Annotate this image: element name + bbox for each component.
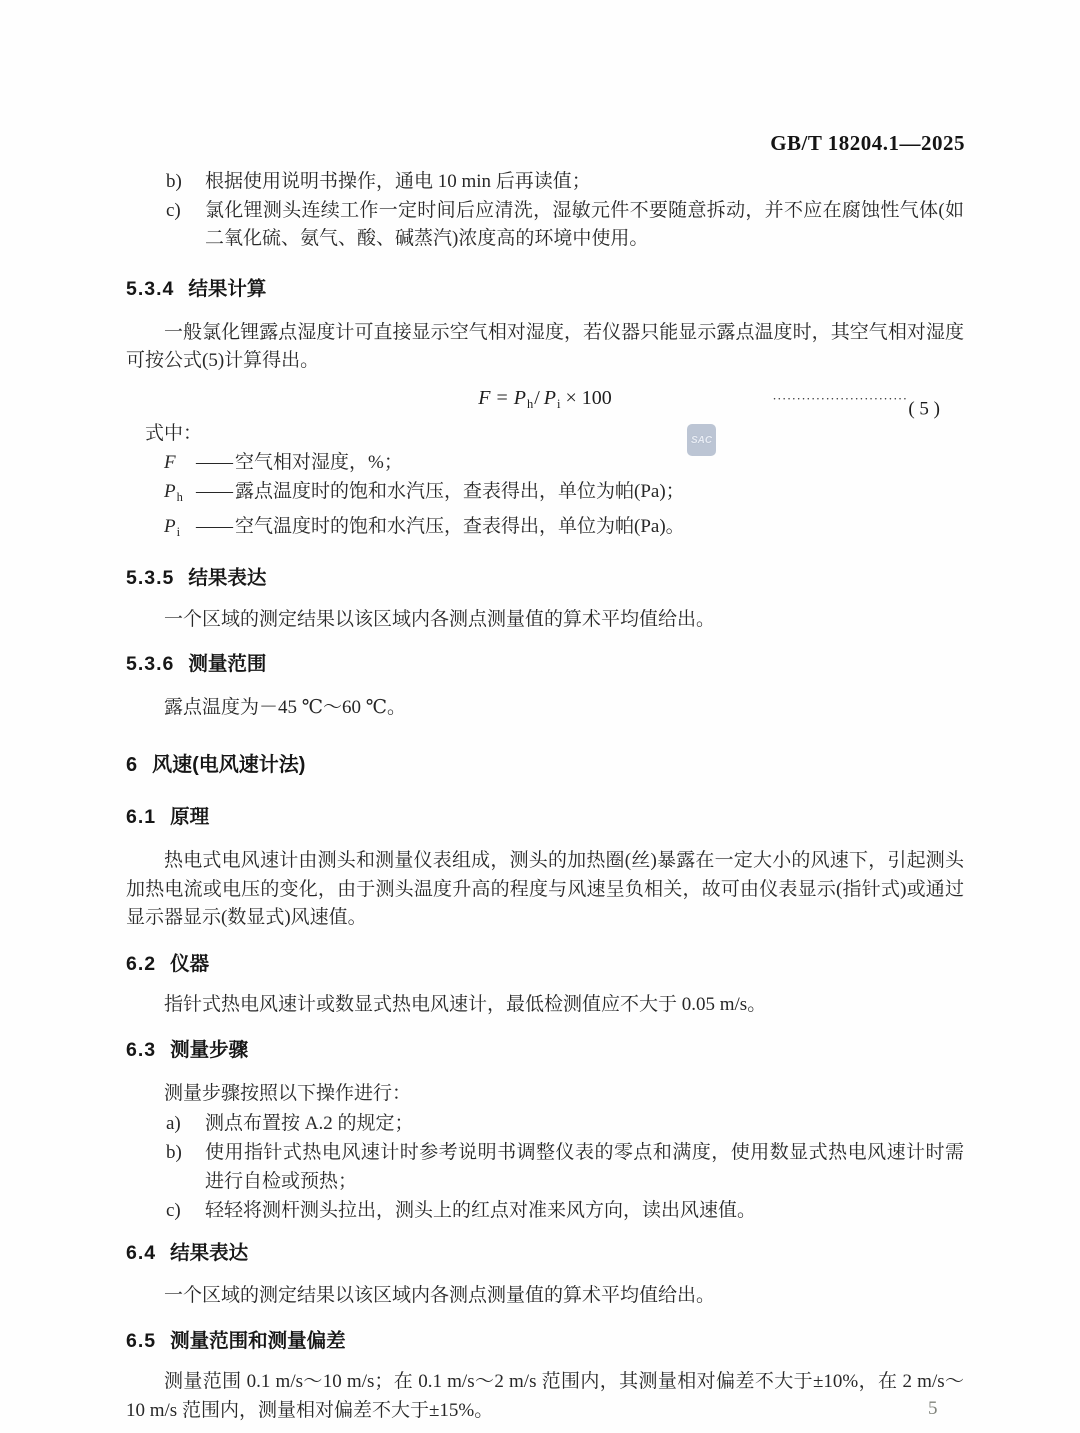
definition-f: F —— 空气相对湿度，%；: [126, 448, 964, 477]
definition-symbol: Pi: [164, 512, 196, 547]
leader-dots: ········································…: [772, 385, 908, 414]
definition-description: 空气相对湿度，%；: [235, 448, 964, 477]
paragraph-6-4: 一个区域的测定结果以该区域内各测点测量值的算术平均值给出。: [126, 1282, 964, 1311]
definition-dash: ——: [196, 477, 232, 512]
heading-5-3-5: 5.3.5结果表达: [126, 565, 964, 592]
paragraph-6-5: 测量范围 0.1 m/s～10 m/s；在 0.1 m/s～2 m/s 范围内，…: [126, 1368, 964, 1425]
standard-code-header: GB/T 18204.1—2025: [770, 131, 965, 156]
heading-number: 5.3.5: [126, 567, 174, 589]
heading-6-5: 6.5测量范围和测量偏差: [126, 1328, 964, 1355]
symbol-subscript: i: [177, 525, 180, 539]
symbol-letter: P: [164, 516, 176, 537]
paragraph-5-3-5: 一个区域的测定结果以该区域内各测点测量值的算术平均值给出。: [126, 606, 964, 635]
heading-6-1: 6.1原理: [126, 804, 964, 831]
document-content: b) 根据使用说明书操作，通电 10 min 后再读值； c) 氯化锂测头连续工…: [126, 168, 964, 1425]
list-item-text: 测点布置按 A.2 的规定；: [205, 1110, 964, 1139]
formula-var-p2: P: [544, 387, 556, 409]
definition-pi: Pi —— 空气温度时的饱和水汽压，查表得出，单位为帕(Pa)。: [126, 512, 964, 547]
definition-description: 露点温度时的饱和水汽压，查表得出，单位为帕(Pa)；: [235, 477, 964, 512]
formula-subscript-h: h: [527, 397, 533, 411]
heading-title: 结果表达: [170, 1242, 248, 1264]
list-item-marker: c): [166, 1197, 205, 1226]
formula-subscript-i: i: [557, 397, 560, 411]
heading-title: 原理: [170, 806, 209, 828]
paragraph-6-2: 指针式热电风速计或数显式热电风速计，最低检测值应不大于 0.05 m/s。: [126, 991, 964, 1020]
list-item-text: 使用指针式热电风速计时参考说明书调整仪表的零点和满度，使用数显式热电风速计时需进…: [205, 1139, 964, 1196]
heading-title: 结果计算: [188, 278, 266, 300]
list-item-text: 轻轻将测杆测头拉出，测头上的红点对准来风方向，读出风速值。: [205, 1197, 964, 1226]
clause-533-list: b) 根据使用说明书操作，通电 10 min 后再读值； c) 氯化锂测头连续工…: [126, 168, 964, 254]
formula-slash: /: [534, 387, 540, 409]
heading-chapter-6: 6风速(电风速计法): [126, 752, 964, 779]
definition-dash: ——: [196, 448, 232, 477]
formula-var-p1: P: [514, 387, 526, 409]
heading-5-3-4: 5.3.4结果计算: [126, 276, 964, 303]
definition-description: 空气温度时的饱和水汽压，查表得出，单位为帕(Pa)。: [235, 512, 964, 547]
list-item: c) 氯化锂测头连续工作一定时间后应清洗，湿敏元件不要随意拆动，并不应在腐蚀性气…: [126, 197, 964, 254]
formula-var-f: F: [478, 387, 490, 409]
heading-5-3-6: 5.3.6测量范围: [126, 651, 964, 678]
heading-number: 6.1: [126, 806, 156, 828]
formula-5: F=Ph/Pi × 100 ··························…: [126, 384, 964, 414]
symbol-letter: F: [164, 452, 176, 473]
heading-title: 仪器: [170, 953, 209, 975]
definition-ph: Ph —— 露点温度时的饱和水汽压，查表得出，单位为帕(Pa)；: [126, 477, 964, 512]
heading-title: 测量范围: [188, 653, 266, 675]
definition-symbol: F: [164, 448, 196, 477]
formula-expression: F=Ph/Pi × 100: [478, 387, 612, 409]
heading-6-2: 6.2仪器: [126, 951, 964, 978]
heading-6-4: 6.4结果表达: [126, 1240, 964, 1267]
heading-title: 测量步骤: [170, 1039, 248, 1061]
heading-number: 6.3: [126, 1039, 156, 1061]
clause-63-list: a) 测点布置按 A.2 的规定； b) 使用指针式热电风速计时参考说明书调整仪…: [126, 1110, 964, 1226]
formula-number: ( 5 ): [908, 398, 940, 419]
where-label: 式中：: [126, 420, 964, 449]
formula-times: × 100: [565, 387, 611, 409]
list-item-text: 氯化锂测头连续工作一定时间后应清洗，湿敏元件不要随意拆动，并不应在腐蚀性气体(如…: [205, 197, 964, 254]
paragraph-6-3: 测量步骤按照以下操作进行：: [126, 1080, 964, 1109]
paragraph-6-1: 热电式电风速计由测头和测量仪表组成，测头的加热圈(丝)暴露在一定大小的风速下，引…: [126, 847, 964, 933]
heading-number: 6.5: [126, 1330, 156, 1352]
list-item: c) 轻轻将测杆测头拉出，测头上的红点对准来风方向，读出风速值。: [126, 1197, 964, 1226]
list-item: a) 测点布置按 A.2 的规定；: [126, 1110, 964, 1139]
heading-number: 6.4: [126, 1242, 156, 1264]
list-item-text: 根据使用说明书操作，通电 10 min 后再读值；: [205, 168, 964, 197]
heading-number: 5.3.6: [126, 653, 174, 675]
paragraph-5-3-6: 露点温度为－45 ℃～60 ℃。: [126, 694, 964, 723]
list-item-marker: a): [166, 1110, 205, 1139]
definition-symbol: Ph: [164, 477, 196, 512]
heading-title: 结果表达: [188, 567, 266, 589]
heading-title: 测量范围和测量偏差: [170, 1330, 346, 1352]
page-number: 5: [928, 1398, 938, 1420]
definition-dash: ——: [196, 512, 232, 547]
heading-6-3: 6.3测量步骤: [126, 1037, 964, 1064]
formula-equals: =: [496, 387, 507, 409]
heading-number: 6: [126, 754, 138, 776]
list-item: b) 根据使用说明书操作，通电 10 min 后再读值；: [126, 168, 964, 197]
heading-title: 风速(电风速计法): [152, 754, 305, 776]
list-item-marker: b): [166, 168, 205, 197]
heading-number: 6.2: [126, 953, 156, 975]
document-page: GB/T 18204.1—2025 SAC b) 根据使用说明书操作，通电 10…: [0, 0, 1080, 1433]
heading-number: 5.3.4: [126, 278, 174, 300]
formula-reference: ········································…: [772, 385, 940, 424]
symbol-letter: P: [164, 481, 176, 502]
paragraph-5-3-4: 一般氯化锂露点湿度计可直接显示空气相对湿度，若仪器只能显示露点温度时，其空气相对…: [126, 319, 964, 376]
list-item-marker: b): [166, 1139, 205, 1196]
list-item: b) 使用指针式热电风速计时参考说明书调整仪表的零点和满度，使用数显式热电风速计…: [126, 1139, 964, 1196]
symbol-definitions: F —— 空气相对湿度，%； Ph —— 露点温度时的饱和水汽压，查表得出，单位…: [126, 448, 964, 547]
list-item-marker: c): [166, 197, 205, 254]
symbol-subscript: h: [177, 490, 183, 504]
